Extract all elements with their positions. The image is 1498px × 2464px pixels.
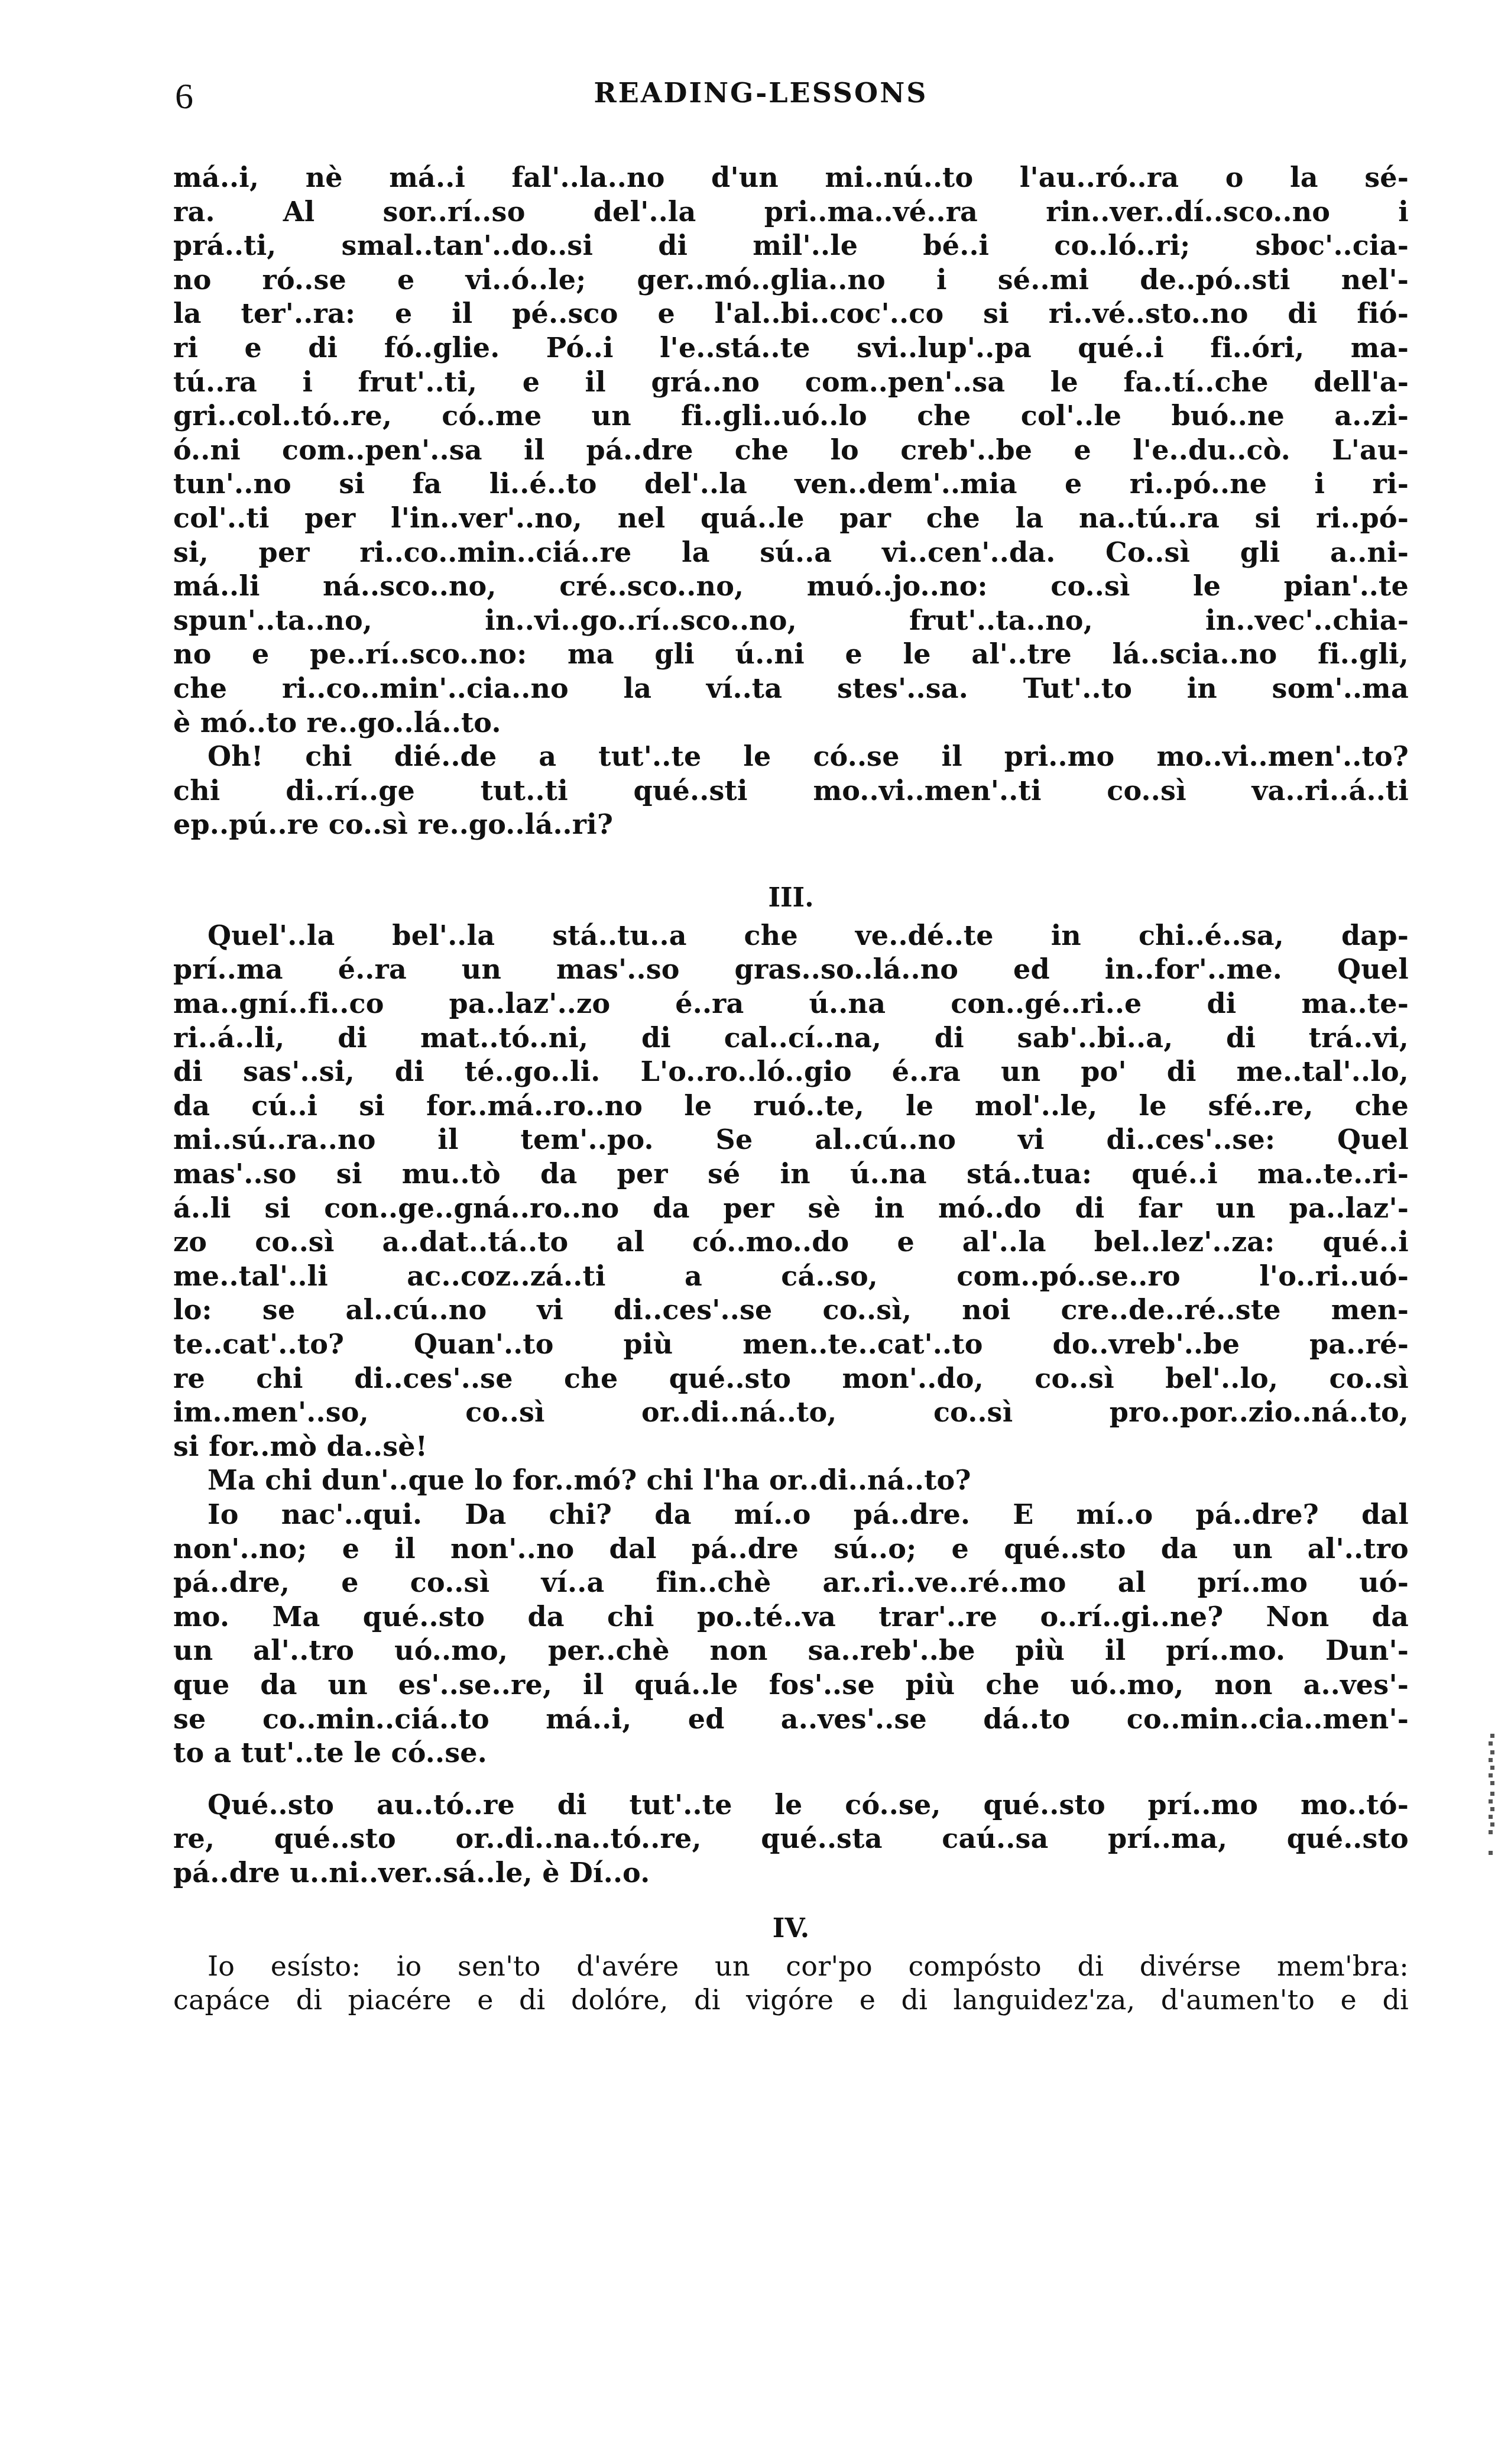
scan-dot bbox=[1490, 1750, 1494, 1754]
section2-continuation: má..i, nè má..i fal'..la..no d'un mi..nú… bbox=[173, 161, 1409, 740]
text-line: non'..no; e il non'..no dal pá..dre sú..… bbox=[173, 1532, 1409, 1566]
text-line: mas'..so si mu..tò da per sé in ú..na st… bbox=[173, 1157, 1409, 1191]
text-line: la ter'..ra: e il pé..sco e l'al..bi..co… bbox=[173, 297, 1409, 331]
section3-paragraph-3: Io nac'..qui. Da chi? da mí..o pá..dre. … bbox=[173, 1498, 1409, 1770]
text-line: pá..dre, e co..sì ví..a fin..chè ar..ri.… bbox=[173, 1566, 1409, 1600]
text-line: col'..ti per l'in..ver'..no, nel quá..le… bbox=[173, 501, 1409, 536]
text-line: re, qué..sto or..di..na..tó..re, qué..st… bbox=[173, 1822, 1409, 1856]
scan-dot bbox=[1490, 1766, 1494, 1770]
section3-paragraph-2: Ma chi dun'..que lo for..mó? chi l'ha or… bbox=[173, 1463, 1409, 1498]
text-line: zo co..sì a..dat..tá..to al có..mo..do e… bbox=[173, 1225, 1409, 1259]
text-line: di sas'..si, di té..go..li. L'o..ro..ló.… bbox=[173, 1055, 1409, 1089]
text-line: Ma chi dun'..que lo for..mó? chi l'ha or… bbox=[173, 1463, 1409, 1498]
text-line: prí..ma é..ra un mas'..so gras..so..lá..… bbox=[173, 953, 1409, 987]
text-line: me..tal'..li ac..coz..zá..ti a cá..so, c… bbox=[173, 1259, 1409, 1294]
scan-dot bbox=[1489, 1830, 1493, 1834]
text-line: tun'..no si fa li..é..to del'..la ven..d… bbox=[173, 467, 1409, 501]
section2-question: Oh! chi dié..de a tut'..te le có..se il … bbox=[173, 740, 1409, 842]
text-line: no ró..se e vi..ó..le; ger..mó..glia..no… bbox=[173, 263, 1409, 297]
text-line: si for..mò da..sè! bbox=[173, 1430, 1409, 1464]
text-line: ra. Al sor..rí..so del'..la pri..ma..vé.… bbox=[173, 195, 1409, 229]
text-line: Quel'..la bel'..la stá..tu..a che ve..dé… bbox=[173, 919, 1409, 953]
scan-dot bbox=[1490, 1781, 1494, 1785]
text-line: te..cat'..to? Quan'..to più men..te..cat… bbox=[173, 1327, 1409, 1362]
text-line: da cú..i si for..má..ro..no le ruó..te, … bbox=[173, 1089, 1409, 1123]
text-line: ma..gní..fi..co pa..laz'..zo é..ra ú..na… bbox=[173, 987, 1409, 1021]
section-heading-iv: IV. bbox=[173, 1908, 1409, 1950]
scan-dot bbox=[1489, 1773, 1493, 1777]
text-line: capáce di piacére e di dolóre, di vigóre… bbox=[173, 1983, 1409, 2018]
text-line: lo: se al..cú..no vi di..ces'..se co..sì… bbox=[173, 1293, 1409, 1327]
text-line: tú..ra i frut'..ti, e il grá..no com..pe… bbox=[173, 365, 1409, 400]
text-line: Qué..sto au..tó..re di tut'..te le có..s… bbox=[173, 1788, 1409, 1822]
scan-dot bbox=[1490, 1792, 1494, 1796]
text-line: que da un es'..se..re, il quá..le fos'..… bbox=[173, 1668, 1409, 1702]
text-line: no e pe..rí..sco..no: ma gli ú..ni e le … bbox=[173, 637, 1409, 672]
scan-dot bbox=[1489, 1758, 1493, 1762]
text-line: si, per ri..co..min..ciá..re la sú..a vi… bbox=[173, 536, 1409, 570]
text-line: un al'..tro uó..mo, per..chè non sa..reb… bbox=[173, 1634, 1409, 1668]
text-line: pá..dre u..ni..ver..sá..le, è Dí..o. bbox=[173, 1856, 1409, 1890]
text-line: má..i, nè má..i fal'..la..no d'un mi..nú… bbox=[173, 161, 1409, 195]
text-line: gri..col..tó..re, có..me un fi..gli..uó.… bbox=[173, 399, 1409, 433]
page-body: má..i, nè má..i fal'..la..no d'un mi..nú… bbox=[173, 161, 1409, 2018]
text-line: ri e di fó..glie. Pó..i l'e..stá..te svi… bbox=[173, 331, 1409, 365]
section-heading-iii: III. bbox=[173, 878, 1409, 919]
text-line: mi..sú..ra..no il tem'..po. Se al..cú..n… bbox=[173, 1123, 1409, 1157]
text-line: è mó..to re..go..lá..to. bbox=[173, 706, 1409, 740]
section4-paragraph-1: Io esísto: io sen'to d'avére un cor'po c… bbox=[173, 1950, 1409, 2018]
text-line: chi di..rí..ge tut..ti qué..sti mo..vi..… bbox=[173, 774, 1409, 808]
text-line: Io esísto: io sen'to d'avére un cor'po c… bbox=[173, 1950, 1409, 1984]
text-line: ó..ni com..pen'..sa il pá..dre che lo cr… bbox=[173, 433, 1409, 468]
scan-dot bbox=[1489, 1799, 1493, 1804]
section3-paragraph-4: Qué..sto au..tó..re di tut'..te le có..s… bbox=[173, 1788, 1409, 1890]
text-line: Io nac'..qui. Da chi? da mí..o pá..dre. … bbox=[173, 1498, 1409, 1532]
text-line: to a tut'..te le có..se. bbox=[173, 1736, 1409, 1770]
text-line: im..men'..so, co..sì or..di..ná..to, co.… bbox=[173, 1395, 1409, 1430]
text-line: ri..á..li, di mat..tó..ni, di cal..cí..n… bbox=[173, 1021, 1409, 1055]
text-line: má..li ná..sco..no, cré..sco..no, muó..j… bbox=[173, 569, 1409, 604]
text-line: spun'..ta..no, in..vi..go..rí..sco..no, … bbox=[173, 604, 1409, 638]
scan-dot bbox=[1490, 1734, 1494, 1738]
section3-paragraph-1: Quel'..la bel'..la stá..tu..a che ve..dé… bbox=[173, 919, 1409, 1464]
text-line: prá..ti, smal..tan'..do..si di mil'..le … bbox=[173, 229, 1409, 263]
running-head: READING-LESSONS bbox=[0, 77, 1498, 109]
text-line: re chi di..ces'..se che qué..sto mon'..d… bbox=[173, 1362, 1409, 1396]
scan-dot bbox=[1490, 1822, 1494, 1827]
scan-dot bbox=[1489, 1741, 1493, 1746]
scan-dot bbox=[1489, 1851, 1493, 1855]
text-line: á..li si con..ge..gná..ro..no da per sè … bbox=[173, 1191, 1409, 1226]
scan-dot bbox=[1489, 1815, 1493, 1819]
text-line: ep..pú..re co..sì re..go..lá..ri? bbox=[173, 808, 1409, 842]
text-line: mo. Ma qué..sto da chi po..té..va trar'.… bbox=[173, 1600, 1409, 1634]
text-line: che ri..co..min'..cia..no la ví..ta stes… bbox=[173, 672, 1409, 706]
text-line: Oh! chi dié..de a tut'..te le có..se il … bbox=[173, 740, 1409, 774]
scan-dot bbox=[1490, 1807, 1494, 1811]
text-line: se co..min..ciá..to má..i, ed a..ves'..s… bbox=[173, 1702, 1409, 1737]
